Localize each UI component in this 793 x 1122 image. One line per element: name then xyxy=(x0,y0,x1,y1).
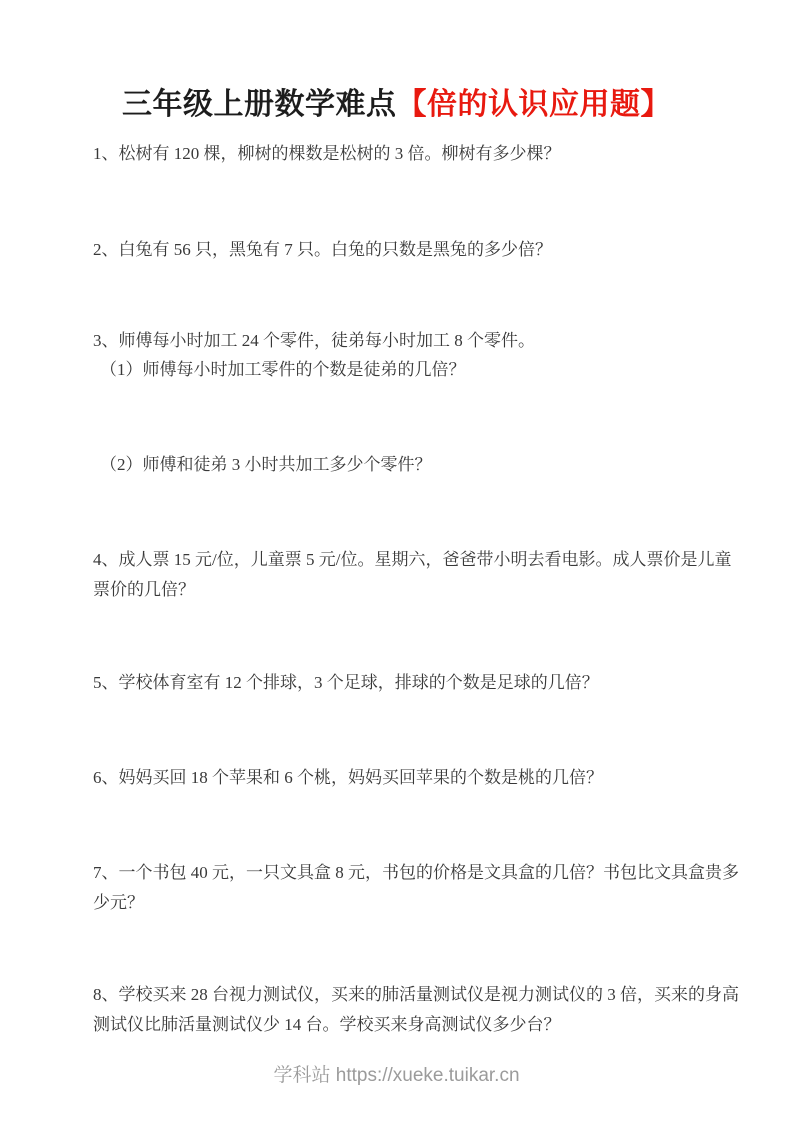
question-6-line-1: 6、妈妈买回 18 个苹果和 6 个桃，妈妈买回苹果的个数是桃的几倍？ xyxy=(93,763,743,793)
question-4-line-1: 4、成人票 15 元/位，儿童票 5 元/位。星期六，爸爸带小明去看电影。成人票… xyxy=(93,545,743,575)
title-main-text: 三年级上册数学难点 xyxy=(122,88,397,121)
question-2-line-1: 2、白兔有 56 只，黑兔有 7 只。白兔的只数是黑兔的多少倍？ xyxy=(93,235,743,265)
question-1-line-1: 1、松树有 120 棵，柳树的棵数是松树的 3 倍。柳树有多少棵？ xyxy=(93,139,743,169)
question-8-line-1: 8、学校买来 28 台视力测试仪，买来的肺活量测试仪是视力测试仪的 3 倍，买来… xyxy=(93,980,743,1010)
question-7-line-2: 少元？ xyxy=(93,888,743,918)
question-7: 7、一个书包 40 元，一只文具盒 8 元，书包的价格是文具盒的几倍？书包比文具… xyxy=(93,858,743,918)
question-1: 1、松树有 120 棵，柳树的棵数是松树的 3 倍。柳树有多少棵？ xyxy=(93,139,743,169)
question-3-line-1: 3、师傅每小时加工 24 个零件，徒弟每小时加工 8 个零件。 xyxy=(93,326,743,356)
question-5: 5、学校体育室有 12 个排球，3 个足球，排球的个数是足球的几倍？ xyxy=(93,668,743,698)
footer-text: 学科站 https://xueke.tuikar.cn xyxy=(273,1065,519,1086)
question-8: 8、学校买来 28 台视力测试仪，买来的肺活量测试仪是视力测试仪的 3 倍，买来… xyxy=(93,980,743,1040)
question-4-line-2: 票价的几倍？ xyxy=(93,575,743,605)
question-3-sub-1: （1）师傅每小时加工零件的个数是徒弟的几倍？ xyxy=(93,355,750,385)
question-7-line-1: 7、一个书包 40 元，一只文具盒 8 元，书包的价格是文具盒的几倍？书包比文具… xyxy=(93,858,743,888)
page-title: 三年级上册数学难点【倍的认识应用题】 xyxy=(0,86,793,124)
worksheet-page: 三年级上册数学难点【倍的认识应用题】 1、松树有 120 棵，柳树的棵数是松树的… xyxy=(0,0,793,1122)
question-3-sub-2: （2）师傅和徒弟 3 小时共加工多少个零件？ xyxy=(93,450,750,480)
question-8-line-2: 测试仪比肺活量测试仪少 14 台。学校买来身高测试仪多少台？ xyxy=(93,1010,743,1040)
question-6: 6、妈妈买回 18 个苹果和 6 个桃，妈妈买回苹果的个数是桃的几倍？ xyxy=(93,763,743,793)
question-3-sub-2-line-1: （2）师傅和徒弟 3 小时共加工多少个零件？ xyxy=(100,450,750,480)
question-2: 2、白兔有 56 只，黑兔有 7 只。白兔的只数是黑兔的多少倍？ xyxy=(93,235,743,265)
title-highlight-text: 【倍的认识应用题】 xyxy=(397,88,672,121)
footer-watermark: 学科站 https://xueke.tuikar.cn xyxy=(0,1063,793,1089)
question-5-line-1: 5、学校体育室有 12 个排球，3 个足球，排球的个数是足球的几倍？ xyxy=(93,668,743,698)
question-3-sub-1-line-1: （1）师傅每小时加工零件的个数是徒弟的几倍？ xyxy=(100,355,750,385)
question-3: 3、师傅每小时加工 24 个零件，徒弟每小时加工 8 个零件。 xyxy=(93,326,743,356)
question-4: 4、成人票 15 元/位，儿童票 5 元/位。星期六，爸爸带小明去看电影。成人票… xyxy=(93,545,743,605)
